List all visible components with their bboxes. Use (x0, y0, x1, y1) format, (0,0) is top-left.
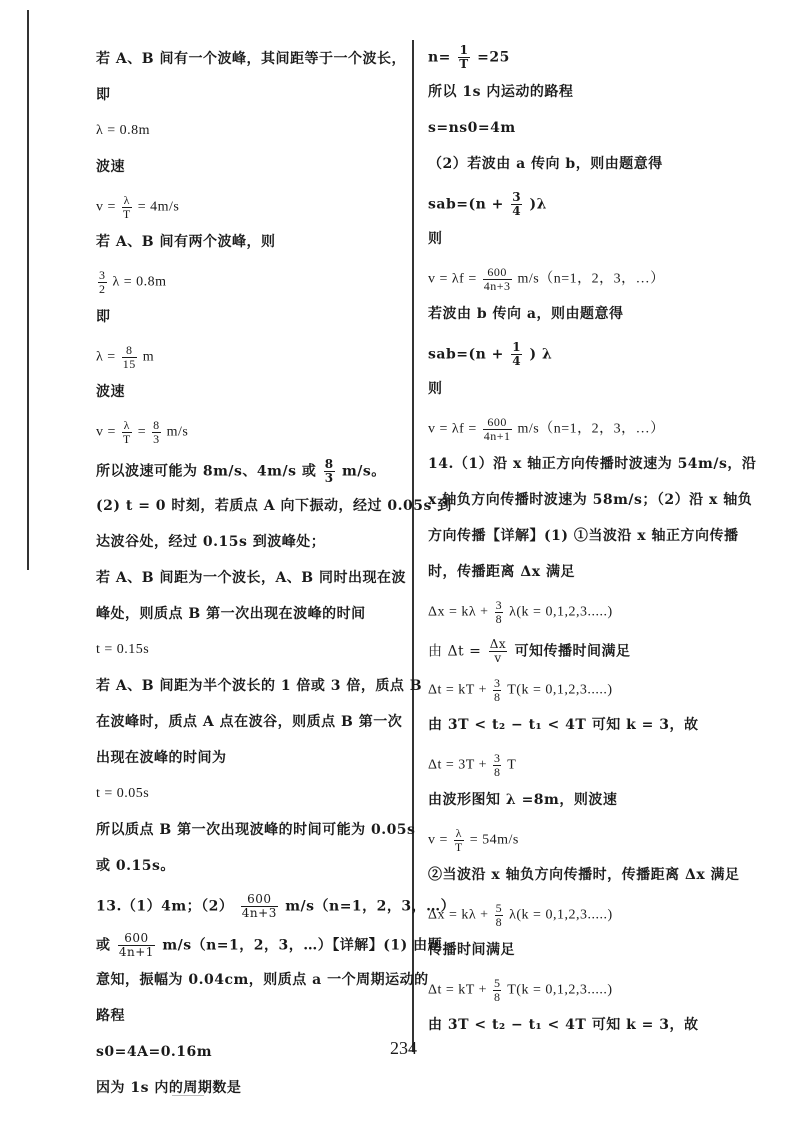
numerator: 3 (495, 599, 504, 613)
math-text: Δt = kT + (428, 983, 487, 998)
text-line: 路程 (96, 1007, 396, 1025)
fraction: λT (454, 827, 464, 854)
fraction: 38 (495, 599, 504, 626)
math-text: = 54m/s (470, 833, 519, 848)
fraction: Δxv (489, 638, 507, 665)
text-line: 由波形图知 λ =8m，则波速 (428, 791, 773, 809)
text-line: 达波谷处，经过 0.15s 到波峰处； (96, 533, 396, 551)
math-text: λ = 0.8m (113, 275, 167, 290)
numerator: 600 (483, 266, 512, 280)
answer-13-line: 13.（1）4m；（2） 6004n+3 m/s（n=1，2，3，…） (96, 893, 396, 920)
equation-line: v = λT = 54m/s (428, 827, 773, 854)
math-text: λ(k = 0,1,2,3.....) (509, 605, 613, 620)
denominator: 3 (152, 433, 161, 446)
equation-line: Δx = kλ + 58 λ(k = 0,1,2,3.....) (428, 902, 773, 929)
text-line: 峰处，则质点 B 第一次出现在波峰的时间 (96, 605, 396, 623)
denominator: 4n+1 (118, 946, 155, 959)
equation-line: Δx = kλ + 38 λ(k = 0,1,2,3.....) (428, 599, 773, 626)
numerator: Δx (489, 638, 507, 652)
numerator: 8 (152, 419, 161, 433)
text-segment: ) λ (530, 347, 553, 363)
fraction: 38 (493, 677, 502, 704)
answer-14-line: 14.（1）沿 x 轴正方向传播时波速为 54m/s，沿 (428, 455, 773, 473)
math-text: λ = (96, 350, 116, 365)
fraction: 6004n+3 (241, 893, 278, 920)
denominator: 8 (493, 991, 502, 1004)
text-segment: 可知传播时间满足 (515, 644, 631, 660)
denominator: 15 (122, 358, 137, 371)
fraction: 58 (493, 977, 502, 1004)
text-line: 波速 (96, 158, 396, 176)
text-line: 或 0.15s。 (96, 857, 396, 875)
text-segment: n= (428, 50, 451, 66)
numerator: 3 (493, 677, 502, 691)
text-line: 意知，振幅为 0.04cm，则质点 a 一个周期运动的 (96, 971, 396, 989)
scan-artifact (172, 1095, 204, 1096)
text-line: 即 (96, 308, 396, 326)
numerator: 5 (495, 902, 504, 916)
numerator: 3 (98, 269, 107, 283)
math-text: = (138, 425, 146, 440)
denominator: 4n+3 (483, 280, 512, 293)
denominator: 8 (493, 766, 502, 779)
text-line: 出现在波峰的时间为 (96, 749, 396, 767)
fraction: 14 (511, 341, 522, 368)
equation-line: Δt = kT + 38 T(k = 0,1,2,3.....) (428, 677, 773, 704)
equation-line: t = 0.05s (96, 785, 396, 803)
math-text: v = λf = (428, 272, 477, 287)
numerator: 3 (493, 752, 502, 766)
math-text: T(k = 0,1,2,3.....) (507, 683, 612, 698)
text-line: 传播时间满足 (428, 941, 773, 959)
denominator: 4 (511, 205, 522, 218)
denominator: 8 (493, 691, 502, 704)
equation-line: t = 0.15s (96, 641, 396, 659)
text-line: 波速 (96, 383, 396, 401)
numerator: 3 (511, 191, 522, 205)
math-text: m/s（n=1，2，3，…） (518, 272, 665, 287)
text-segment: m/s。 (342, 464, 386, 480)
binding-margin-line (27, 10, 29, 570)
math-text: m/s（n=1，2，3，…） (518, 422, 665, 437)
denominator: 2 (98, 283, 107, 296)
fraction: 815 (122, 344, 137, 371)
fraction: 1T (458, 44, 469, 71)
math-text: Δt = 3T + (428, 758, 487, 773)
equation-line: sab=(n + 34 )λ (428, 191, 773, 218)
text-line: 则 (428, 230, 773, 248)
text-segment: sab=(n + (428, 347, 504, 363)
text-line: 由 Δt = Δxv 可知传播时间满足 (428, 638, 773, 665)
text-segment: 13.（1）4m；（2） (96, 899, 233, 915)
text-line: s=ns0=4m (428, 119, 773, 137)
numerator: 1 (511, 341, 522, 355)
text-line: x 轴负方向传播时波速为 58m/s；（2）沿 x 轴负 (428, 491, 773, 509)
text-line: 若 A、B 间有一个波峰，其间距等于一个波长， (96, 50, 396, 68)
text-line: 若 A、B 间有两个波峰，则 (96, 233, 396, 251)
numerator: 5 (493, 977, 502, 991)
equation-line: v = λT = 4m/s (96, 194, 396, 221)
math-text: Δx = kλ + (428, 908, 489, 923)
text-line: 所以波速可能为 8m/s、4m/s 或 83 m/s。 (96, 458, 396, 485)
equation-line: v = λf = 6004n+1 m/s（n=1，2，3，…） (428, 416, 773, 443)
numerator: λ (454, 827, 464, 841)
text-segment: 所以波速可能为 8m/s、4m/s 或 (96, 464, 316, 480)
text-line: 方向传播【详解】(1) ①当波沿 x 轴正方向传播 (428, 527, 773, 545)
text-segment: =25 (477, 50, 510, 66)
denominator: T (458, 58, 469, 71)
math-text: v = λf = (428, 422, 477, 437)
equation-line: Δt = kT + 58 T(k = 0,1,2,3.....) (428, 977, 773, 1004)
text-line: 若 A、B 间距为一个波长，A、B 同时出现在波 (96, 569, 396, 587)
text-line: 则 (428, 380, 773, 398)
text-line: 在波峰时，质点 A 点在波谷，则质点 B 第一次 (96, 713, 396, 731)
equation-line: Δt = 3T + 38 T (428, 752, 773, 779)
numerator: 1 (458, 44, 469, 58)
denominator: 8 (495, 613, 504, 626)
denominator: 3 (324, 472, 335, 485)
page-number: 234 (390, 1038, 417, 1059)
denominator: 4n+1 (483, 430, 512, 443)
fraction: 6004n+1 (118, 932, 155, 959)
text-line: 由 3T < t₂ − t₁ < 4T 可知 k = 3，故 (428, 716, 773, 734)
text-line: 所以 1s 内运动的路程 (428, 83, 773, 101)
denominator: 4 (511, 355, 522, 368)
numerator: 8 (324, 458, 335, 472)
equation-line: v = λf = 6004n+3 m/s（n=1，2，3，…） (428, 266, 773, 293)
text-segment: sab=(n + (428, 197, 504, 213)
fraction: 6004n+1 (483, 416, 512, 443)
text-line: 所以质点 B 第一次出现波峰的时间可能为 0.05s (96, 821, 396, 839)
fraction: 83 (324, 458, 335, 485)
left-column: 若 A、B 间有一个波峰，其间距等于一个波长， 即 λ = 0.8m 波速 v … (96, 50, 396, 1115)
denominator: v (489, 652, 507, 665)
text-line: (2) t = 0 时刻，若质点 A 向下振动，经过 0.05s 到 (96, 497, 396, 515)
fraction: 6004n+3 (483, 266, 512, 293)
math-text: Δt = kT + (428, 683, 487, 698)
denominator: T (122, 433, 132, 446)
equation-line: sab=(n + 14 ) λ (428, 341, 773, 368)
denominator: 8 (495, 916, 504, 929)
numerator: 600 (241, 893, 278, 907)
text-line: 或 6004n+1 m/s（n=1，2，3，…）【详解】(1) 由题 (96, 932, 396, 959)
text-segment: )λ (530, 197, 547, 213)
text-segment: m/s（n=1，2，3，…）【详解】(1) 由题 (162, 938, 442, 954)
math-text: λ(k = 0,1,2,3.....) (509, 908, 613, 923)
equation-line: v = λT = 83 m/s (96, 419, 396, 446)
math-text: Δx = kλ + (428, 605, 489, 620)
math-text: = 4m/s (138, 200, 180, 215)
equation-line: n= 1T =25 (428, 44, 773, 71)
math-text: v = (96, 425, 116, 440)
text-segment: 或 (96, 938, 111, 954)
text-line: 因为 1s 内的周期数是 (96, 1079, 396, 1097)
fraction: 32 (98, 269, 107, 296)
denominator: T (454, 841, 464, 854)
math-text: v = (96, 200, 116, 215)
fraction: λT (122, 194, 132, 221)
fraction: 58 (495, 902, 504, 929)
math-text: T(k = 0,1,2,3.....) (507, 983, 612, 998)
equation-line: 32 λ = 0.8m (96, 269, 396, 296)
numerator: 600 (483, 416, 512, 430)
text-line: 若 A、B 间距为半个波长的 1 倍或 3 倍，质点 B (96, 677, 396, 695)
denominator: T (122, 208, 132, 221)
fraction: λT (122, 419, 132, 446)
text-line: 由 3T < t₂ − t₁ < 4T 可知 k = 3，故 (428, 1016, 773, 1034)
fraction: 34 (511, 191, 522, 218)
numerator: 8 (122, 344, 137, 358)
denominator: 4n+3 (241, 907, 278, 920)
fraction: 38 (493, 752, 502, 779)
text-line: 即 (96, 86, 396, 104)
math-text: m (143, 350, 154, 365)
text-line: 若波由 b 传向 a，则由题意得 (428, 305, 773, 323)
math-text: m/s (167, 425, 189, 440)
text-line: （2）若波由 a 传向 b，则由题意得 (428, 155, 773, 173)
equation-line: λ = 0.8m (96, 122, 396, 140)
equation-line: λ = 815 m (96, 344, 396, 371)
right-column: n= 1T =25 所以 1s 内运动的路程 s=ns0=4m （2）若波由 a… (428, 38, 773, 1052)
math-text: v = (428, 833, 448, 848)
numerator: 600 (118, 932, 155, 946)
text-line: ②当波沿 x 轴负方向传播时，传播距离 Δx 满足 (428, 866, 773, 884)
text-line: s0=4A=0.16m (96, 1043, 396, 1061)
fraction: 83 (152, 419, 161, 446)
numerator: λ (122, 419, 132, 433)
text-line: 时，传播距离 Δx 满足 (428, 563, 773, 581)
text-segment: 由 Δt = (428, 644, 481, 660)
numerator: λ (122, 194, 132, 208)
math-text: T (507, 758, 516, 773)
